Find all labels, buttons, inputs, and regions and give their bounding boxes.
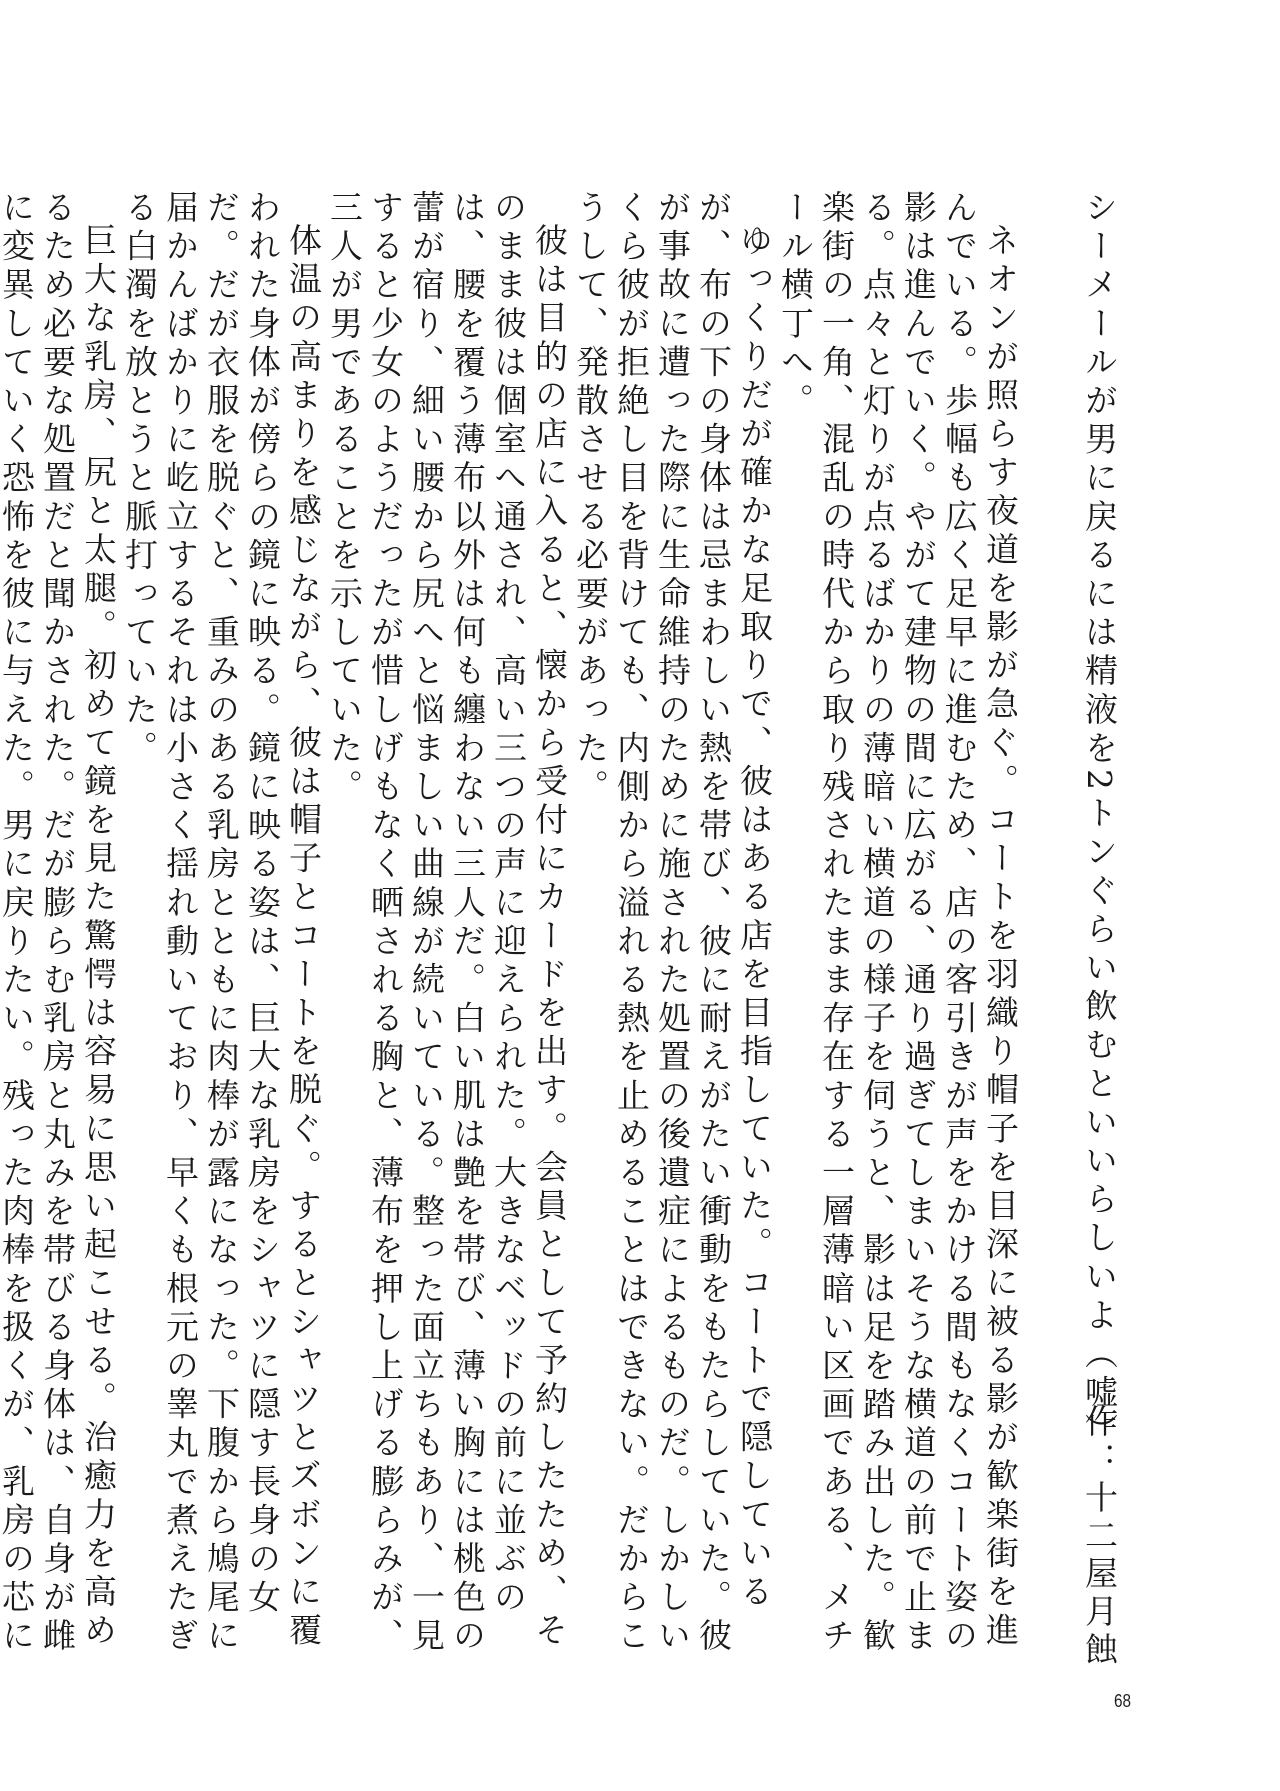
vertical-text-block: シーメールが男に戻るには精液を2トンぐらい飲むといいらしいよ（嘘） 作：十二屋月… [0,190,1120,1670]
story-title: シーメールが男に戻るには精液を2トンぐらい飲むといいらしいよ（嘘） [1080,190,1119,1452]
body-paragraph: 彼は目的の店に入ると、懐から受付にカードを出す。会員として予約したため、そのまま… [324,190,570,1670]
author-credit: 作：十二屋月蝕 [1079,1404,1120,1670]
title-column: シーメールが男に戻るには精液を2トンぐらい飲むといいらしいよ（嘘） 作：十二屋月… [1079,190,1120,1670]
body-paragraph: 巨大な乳房、尻と太腿。初めて鏡を見た驚愕は容易に思い起こせる。治癒力を高めるため… [0,190,119,1670]
body-paragraph: ゆっくりだが確かな足取りで、彼はある店を目指していた。コートで隠しているが、布の… [570,190,775,1670]
page-number: 68 [1114,1691,1131,1712]
body-paragraph: ネオンが照らす夜道を影が急ぐ。コートを羽織り帽子を目深に被る影が歓楽街を進んでい… [775,190,1021,1670]
body-paragraph: 体温の高まりを感じながら、彼は帽子とコートを脱ぐ。するとシャツとズボンに覆われた… [119,190,324,1670]
book-page: シーメールが男に戻るには精液を2トンぐらい飲むといいらしいよ（嘘） 作：十二屋月… [0,0,1280,1791]
